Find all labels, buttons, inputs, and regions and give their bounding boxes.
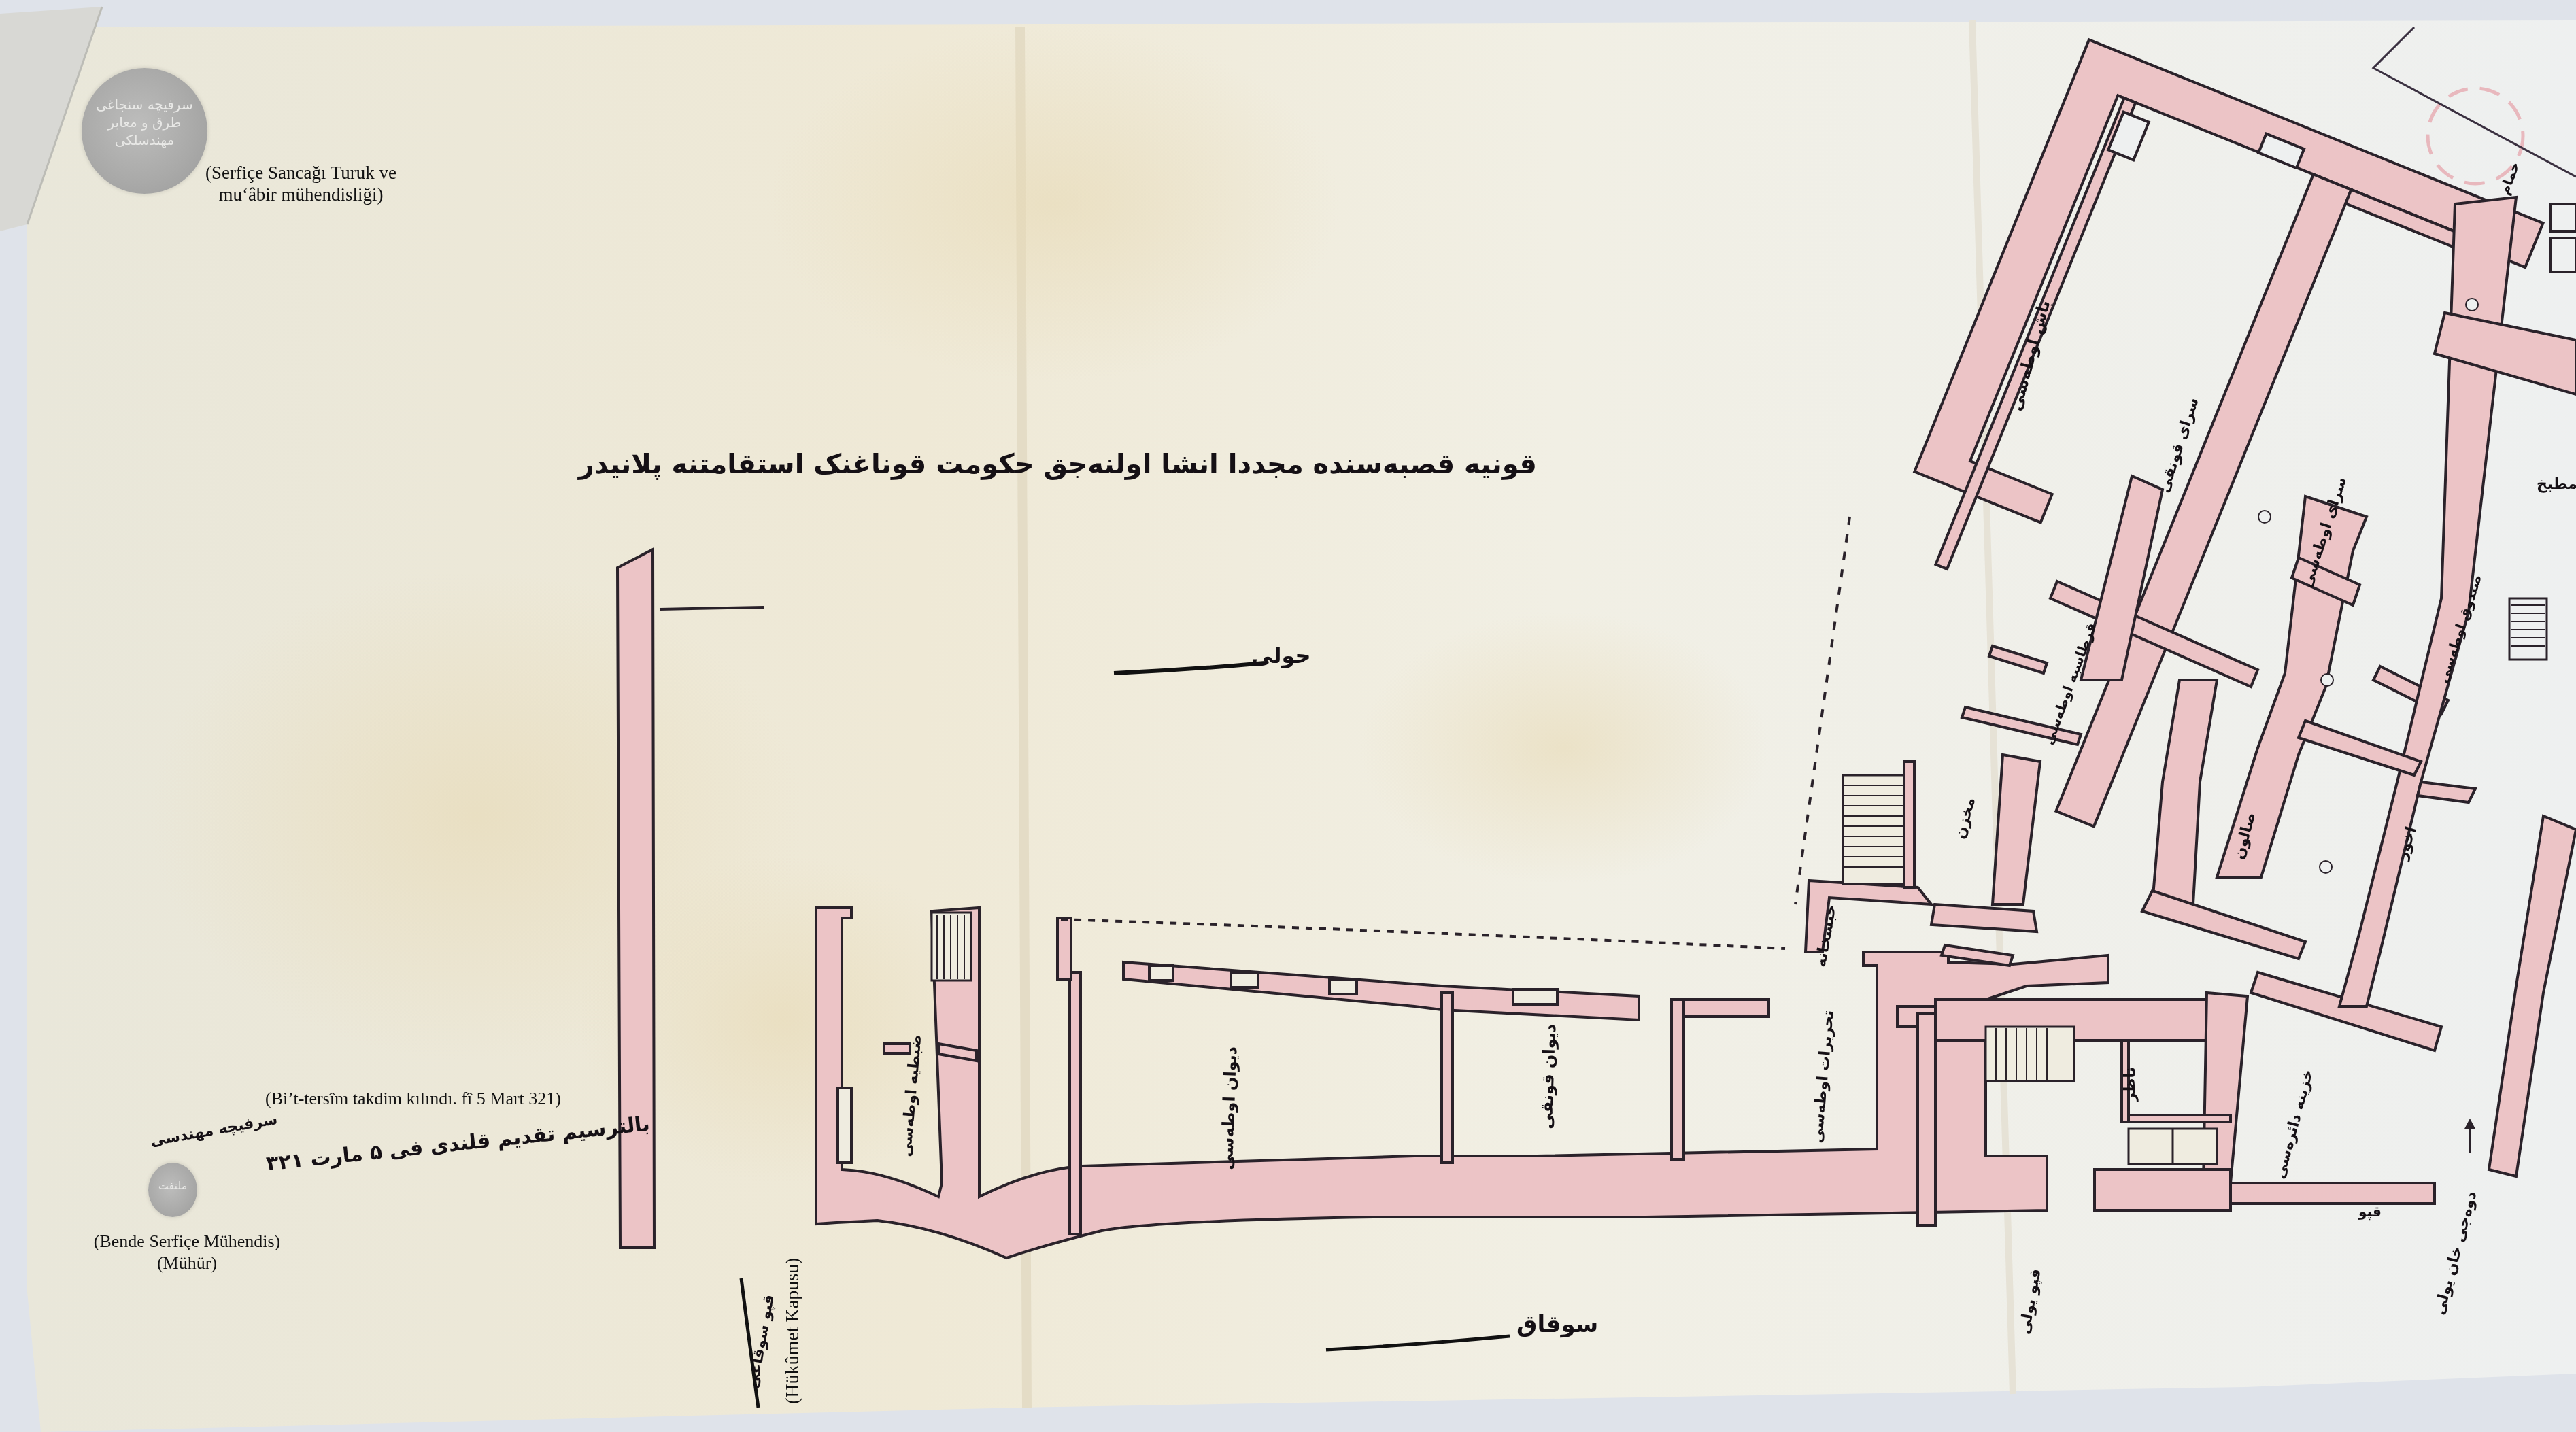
top-seal-caption: (Serfiçe Sancağı Turuk ve mu‘âbir mühend… — [204, 162, 398, 205]
bottom-seal-caption: (Bende Serfiçe Mühendis) (Mühür) — [88, 1231, 286, 1274]
top-seal: سرفیچه سنجاغی طرق و معابر مهندسلکی — [82, 68, 207, 194]
top-seal-caption-line2: mu‘âbir mühendisliği) — [204, 184, 398, 205]
plan-title: قونیه قصبه‌سنده مجددا انشا اولنه‌جق حکوم… — [830, 449, 1537, 480]
gate-caption: (Hükûmet Kapusu) — [782, 1258, 804, 1404]
street-label: سوقاق — [1516, 1311, 1598, 1338]
bottom-seal-caption-line1: (Bende Serfiçe Mühendis) — [88, 1231, 286, 1252]
document-sheet: سرفیچه سنجاغی طرق و معابر مهندسلکی (Serf… — [0, 0, 2576, 1432]
room-label: دیوان قونقی — [1537, 1023, 1559, 1129]
bottom-seal: ملتفت — [148, 1163, 197, 1217]
room-label: مطبخ — [2537, 476, 2576, 493]
signature-caption: (Bi’t-tersîm takdim kılındı. fî 5 Mart 3… — [265, 1088, 561, 1110]
bottom-seal-caption-line2: (Mühür) — [88, 1252, 286, 1274]
courtyard-label: حولی — [1251, 643, 1311, 668]
door-label: قپو — [2358, 1204, 2382, 1220]
room-label: ناظر — [2122, 1067, 2139, 1102]
top-seal-caption-line1: (Serfiçe Sancağı Turuk ve — [204, 162, 398, 184]
floor-plan-drawing — [0, 0, 2576, 1432]
